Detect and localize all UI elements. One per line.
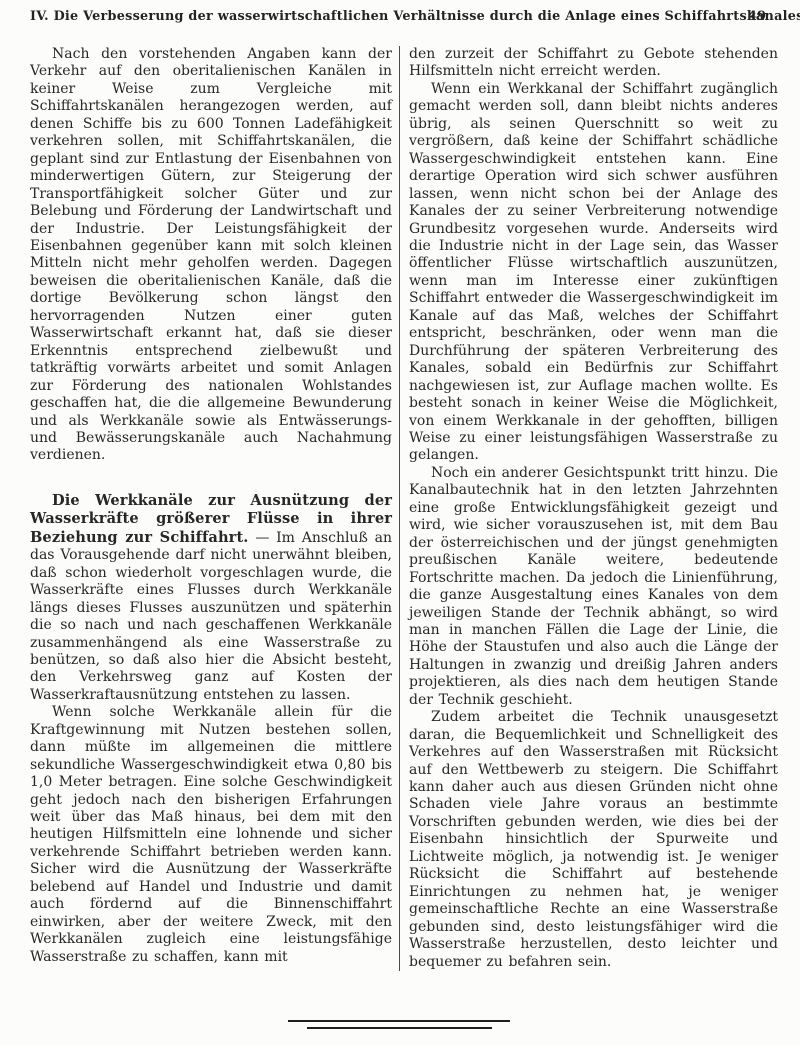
bottom-ornament-rule-bottom [307,1027,492,1029]
paragraph-werkkanal-querschnitt: Wenn ein Werkkanal der Schiffahrt zugäng… [409,81,778,465]
bottom-ornament-rule-top [288,1020,510,1022]
two-column-text-block: Nach den vorstehenden Angaben kann der V… [30,46,778,971]
scanned-book-page: IV. Die Verbesserung der wasserwirtschaf… [0,0,800,1045]
paragraph-verkehr-oberitalienische-kanaele: Nach den vorstehenden Angaben kann der V… [30,46,392,465]
page-number: 49 [748,9,766,24]
left-column: Nach den vorstehenden Angaben kann der V… [30,46,392,971]
running-head-title: IV. Die Verbesserung der wasserwirtschaf… [30,9,778,24]
section-heading-continuation-text: — Im Anschluß an das Vorausgehende darf … [30,530,392,703]
paragraph-kanalbautechnik: Noch ein anderer Gesichtspunkt tritt hin… [409,465,778,709]
paragraph-kraftgewinnung: Wenn solche Werkkanäle allein für die Kr… [30,704,392,966]
right-column: den zurzeit der Schiffahrt zu Gebote ste… [409,46,778,971]
column-divider-rule [399,46,400,971]
paragraph-werkkanaele-heading: Die Werkkanäle zur Ausnützung der Wasser… [30,492,392,704]
paragraph-technik-verkehr: Zudem arbeitet die Technik unausgesetzt … [409,709,778,971]
paragraph-continuation-hilfsmitteln: den zurzeit der Schiffahrt zu Gebote ste… [409,46,778,81]
